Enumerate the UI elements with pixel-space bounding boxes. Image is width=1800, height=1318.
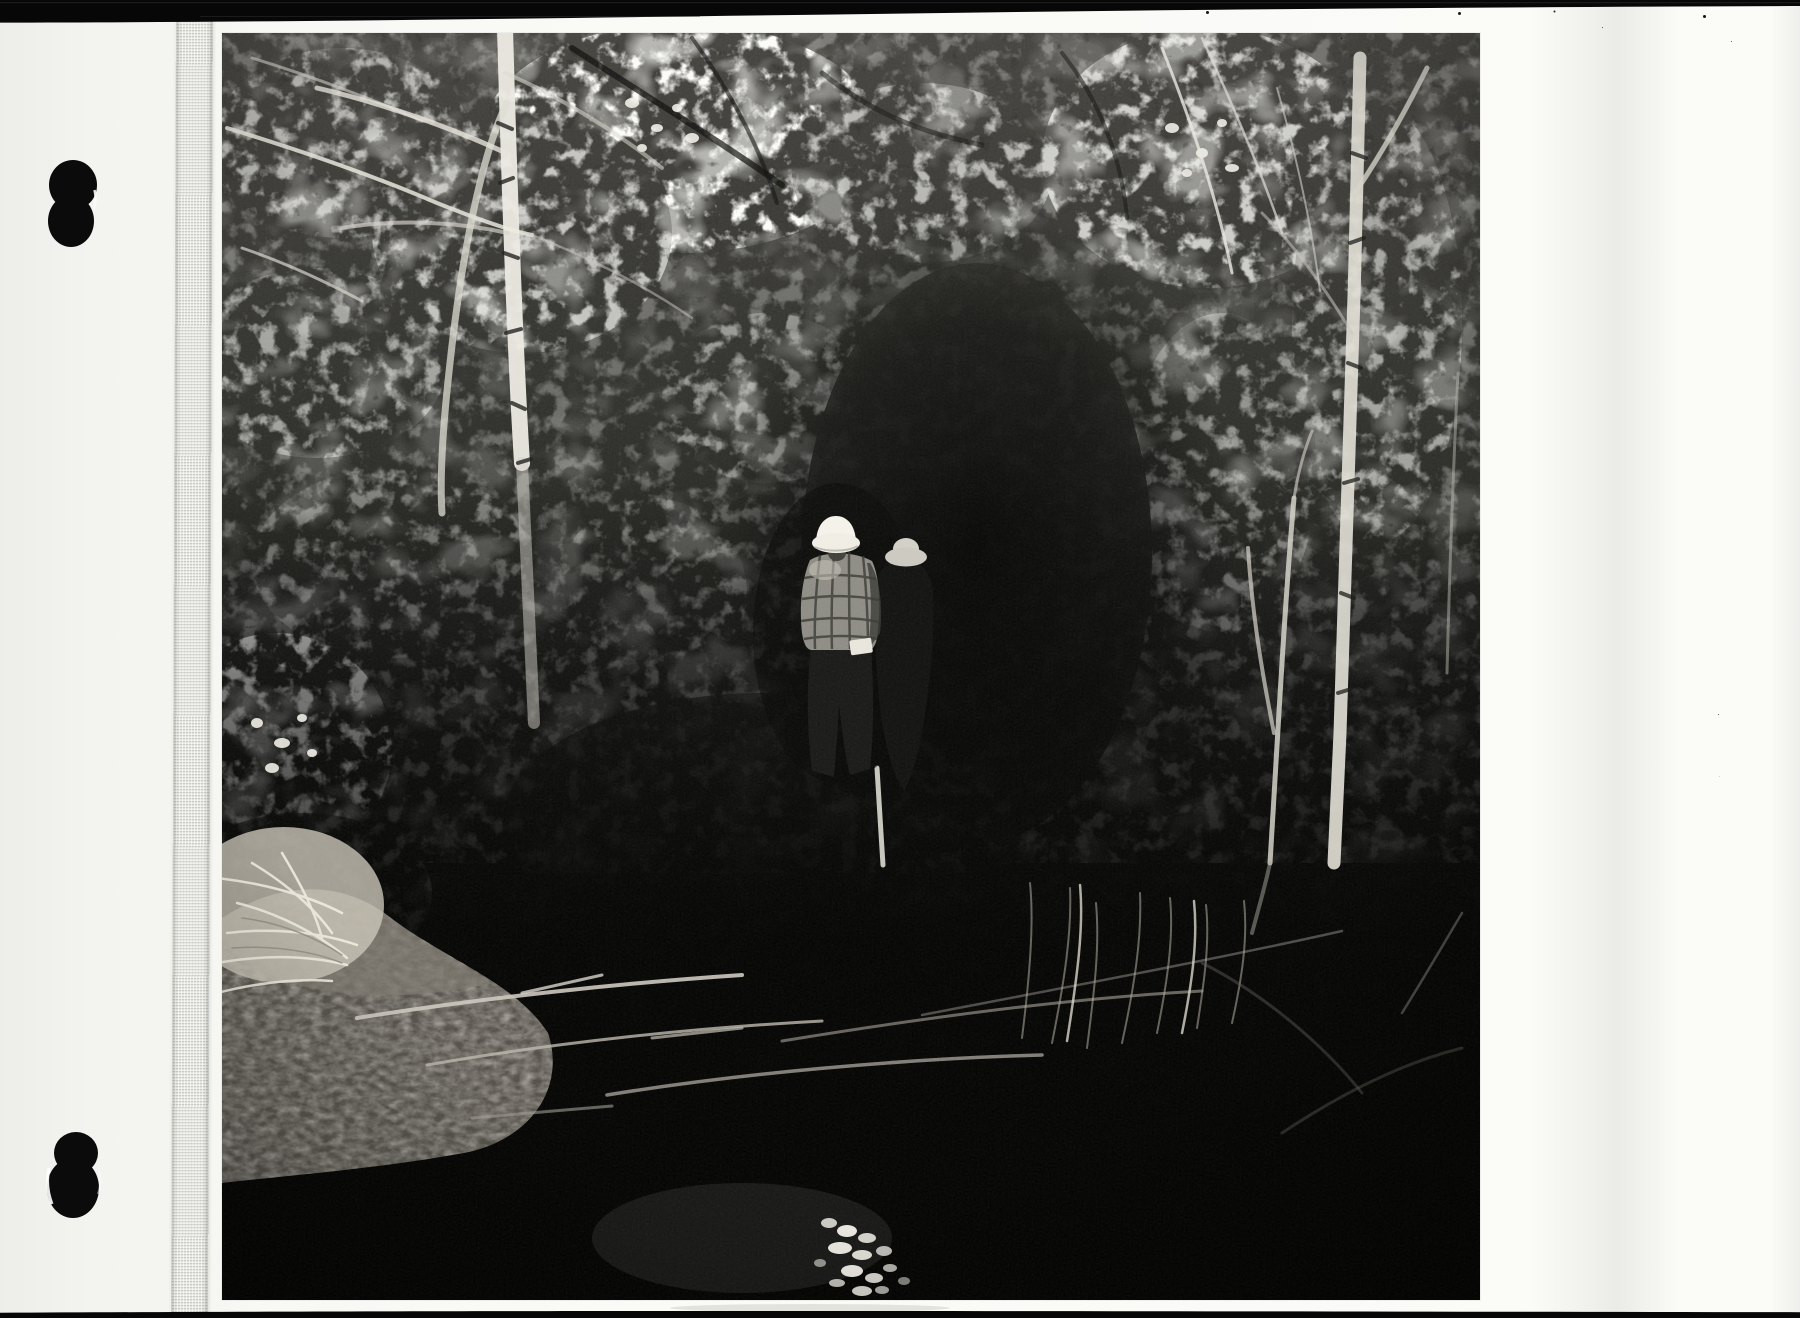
vignette xyxy=(222,33,1480,1300)
scanned-album-page: { "document": { "kind": "scanned photo a… xyxy=(0,0,1800,1318)
scan-bottom-edge xyxy=(0,1298,1800,1318)
binding-cloth-strip xyxy=(169,0,213,1318)
scan-top-edge xyxy=(0,0,1800,30)
page-shading-band xyxy=(1530,0,1680,1318)
binder-hole-top xyxy=(47,160,97,248)
binder-hole-bottom xyxy=(46,1130,102,1220)
page-edge-shading xyxy=(1770,0,1800,1318)
photo-scene xyxy=(222,33,1480,1300)
dust-specks xyxy=(1206,11,1209,14)
photograph xyxy=(222,33,1480,1300)
